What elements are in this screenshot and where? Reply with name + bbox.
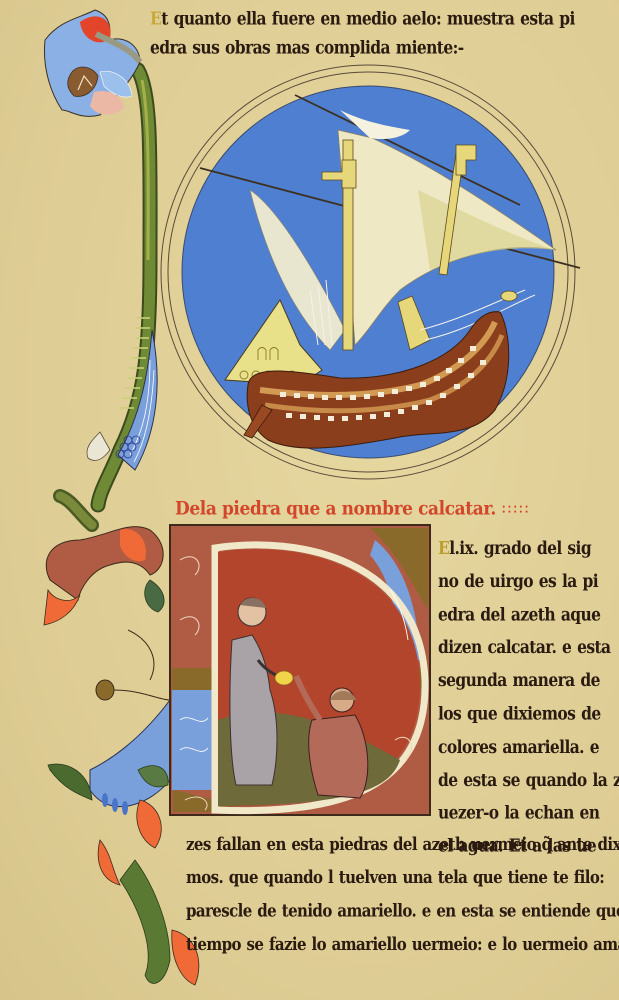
chapter-heading: Dela piedra que a nombre calcatar. ꞉꞉꞉꞉꞉: [175, 498, 530, 520]
body-text: zes fallan en esta piedras del azeth uer…: [186, 828, 619, 961]
border-vine-top: [44, 10, 157, 505]
chapter-heading-text: Dela piedra que a nombre calcatar.: [175, 498, 496, 520]
line-filler: ꞉꞉꞉꞉꞉: [501, 498, 530, 520]
text-line: edra del azeth aque: [438, 598, 619, 631]
text-line: de esta se quando la z: [438, 764, 619, 797]
text-line: los que dixiemos de: [438, 698, 619, 731]
ship-roundel: [161, 65, 580, 479]
text-line: colores amariella. e: [438, 731, 619, 764]
text-line: El.ix. grado del sig: [438, 532, 619, 565]
text-line: mos. que quando l tuelven una tela que t…: [186, 861, 619, 894]
text-line: zes fallan en esta piedras del azeth uer…: [186, 828, 619, 861]
text-line: segunda manera de: [438, 664, 619, 697]
text-line: tiempo se fazie lo amariello uermeio: e …: [186, 928, 619, 961]
text-line: dizen calcatar. e esta: [438, 631, 619, 664]
text-line: uezer-o la echan en: [438, 797, 619, 830]
text-line: no de uirgo es la pi: [438, 565, 619, 598]
historiated-initial-d: [170, 525, 430, 815]
manuscript-page: Et quanto ella fuere en medio aelo: mues…: [0, 0, 619, 1000]
text-line: parescle de tenido amariello. e en esta …: [186, 895, 619, 928]
initial-letter: E: [438, 537, 449, 559]
column-text: El.ix. grado del sig no de uirgo es la p…: [438, 532, 619, 863]
